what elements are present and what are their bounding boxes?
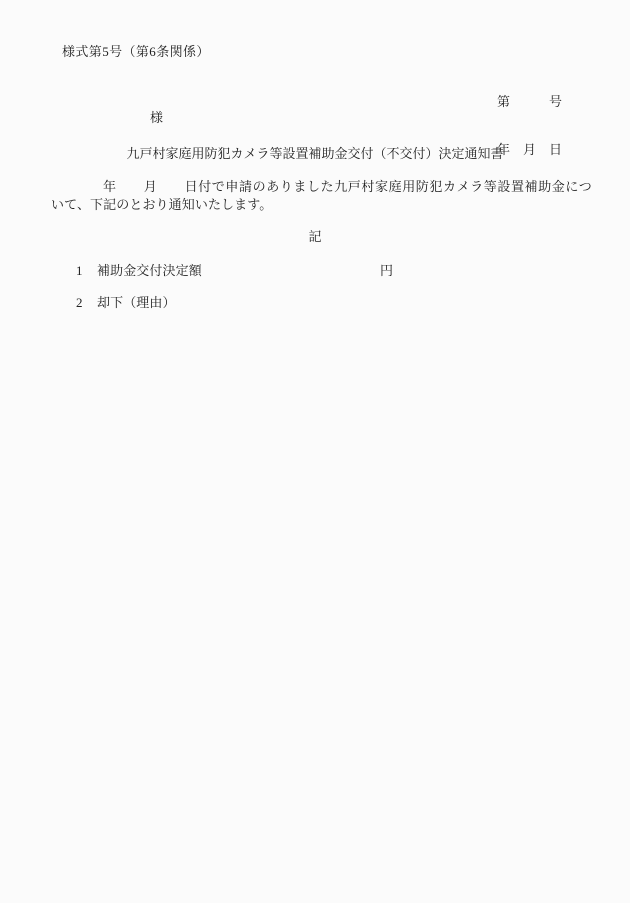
record-marker: 記 [0, 230, 630, 244]
list-item-2: 2 却下（理由） [0, 296, 630, 312]
header-right-block: 第 号 年 月 日 [497, 62, 562, 190]
issue-number-line: 第 号 [497, 94, 562, 110]
item-1-number: 1 [76, 264, 83, 278]
list-item-1: 1 補助金交付決定額 円 [0, 264, 630, 280]
item-2-label: 却下（理由） [97, 296, 176, 310]
document-title: 九戸村家庭用防犯カメラ等設置補助金交付（不交付）決定通知書 [0, 147, 630, 161]
addressee-suffix: 様 [150, 111, 163, 125]
item-1-label: 補助金交付決定額 [97, 264, 202, 278]
body-paragraph-line-1: 年 月 日付で申請のありました九戸村家庭用防犯カメラ等設置補助金につ [51, 180, 592, 194]
document-page: 様式第5号（第6条関係） 第 号 年 月 日 様 九戸村家庭用防犯カメラ等設置補… [0, 0, 630, 903]
body-paragraph-line-2: いて、下記のとおり通知いたします。 [51, 198, 272, 212]
item-2-number: 2 [76, 296, 83, 310]
form-number: 様式第5号（第6条関係） [62, 45, 210, 59]
item-1-unit: 円 [380, 264, 393, 278]
